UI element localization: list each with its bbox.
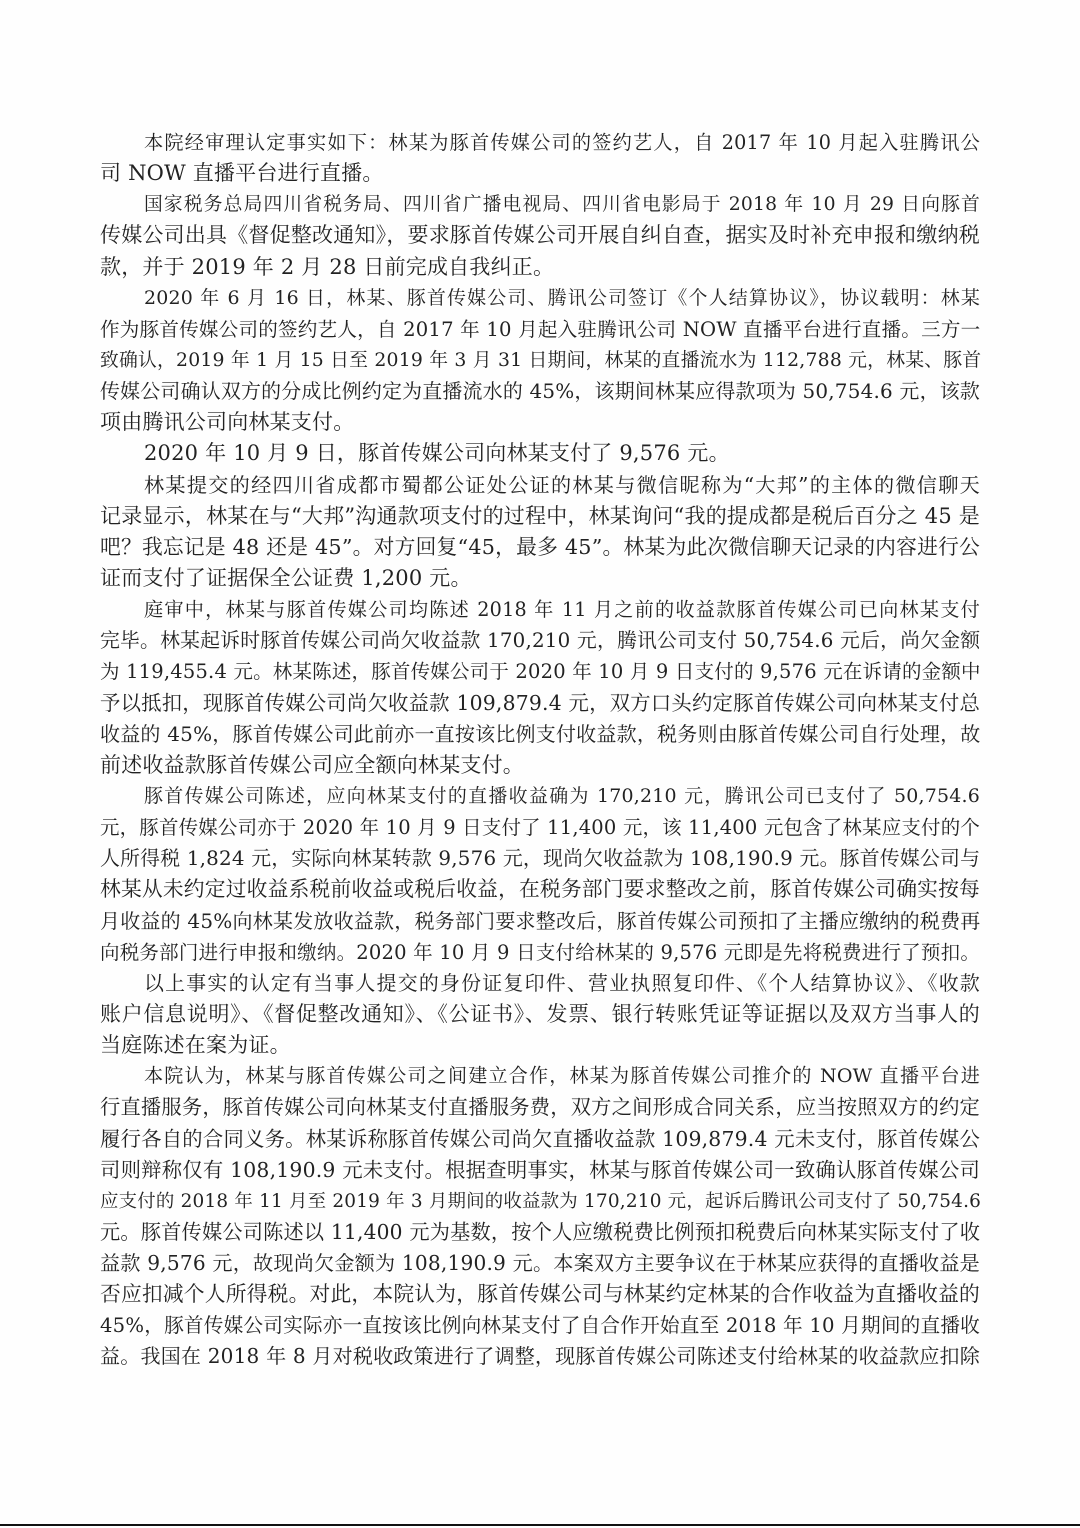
text-line: 司则辩称仅有 108,190.9 元未支付。根据查明事实，林某与豚首传媒公司一致… — [100, 1155, 980, 1186]
paragraph: 本院认为，林某与豚首传媒公司之间建立合作，林某为豚首传媒公司推介的 NOW 直播… — [100, 1061, 980, 1372]
text-line: 元。豚首传媒公司陈述以 11,400 元为基数，按个人应缴税费比例预扣税费后向林… — [100, 1217, 980, 1248]
paragraph: 庭审中，林某与豚首传媒公司均陈述 2018 年 11 月之前的收益款豚首传媒公司… — [100, 594, 980, 781]
paragraph: 2020 年 6 月 16 日，林某、豚首传媒公司、腾讯公司签订《个人结算协议》… — [100, 283, 980, 439]
text-line: 本院认为，林某与豚首传媒公司之间建立合作，林某为豚首传媒公司推介的 NOW 直播… — [100, 1061, 980, 1092]
text-line: 传媒公司出具《督促整改通知》，要求豚首传媒公司开展自纠自查，据实及时补充申报和缴… — [100, 220, 980, 251]
text-line: 2020 年 6 月 16 日，林某、豚首传媒公司、腾讯公司签订《个人结算协议》… — [100, 283, 980, 314]
text-line: 完毕。林某起诉时豚首传媒公司尚欠收益款 170,210 元，腾讯公司支付 50,… — [100, 625, 980, 656]
text-line: 2020 年 10 月 9 日，豚首传媒公司向林某支付了 9,576 元。 — [100, 438, 980, 469]
text-line: 人所得税 1,824 元，实际向林某转款 9,576 元，现尚欠收益款为 108… — [100, 843, 980, 874]
paragraph: 豚首传媒公司陈述，应向林某支付的直播收益确为 170,210 元，腾讯公司已支付… — [100, 781, 980, 968]
text-line: 司 NOW 直播平台进行直播。 — [100, 158, 980, 189]
text-line: 月收益的 45%向林某发放收益款，税务部门要求整改后，豚首传媒公司预扣了主播应缴… — [100, 906, 980, 937]
text-line: 林某从未约定过收益系税前收益或税后收益，在税务部门要求整改之前，豚首传媒公司确实… — [100, 874, 980, 905]
page-bottom-edge — [0, 1524, 1080, 1526]
text-line: 前述收益款豚首传媒公司应全额向林某支付。 — [100, 750, 980, 781]
document-page: 本院经审理认定事实如下：林某为豚首传媒公司的签约艺人，自 2017 年 10 月… — [0, 0, 1080, 1526]
paragraph: 本院经审理认定事实如下：林某为豚首传媒公司的签约艺人，自 2017 年 10 月… — [100, 127, 980, 189]
text-line: 履行各自的合同义务。林某诉称豚首传媒公司尚欠直播收益款 109,879.4 元未… — [100, 1124, 980, 1155]
text-line: 益。我国在 2018 年 8 月对税收政策进行了调整，现豚首传媒公司陈述支付给林… — [100, 1341, 980, 1372]
text-line: 国家税务总局四川省税务局、四川省广播电视局、四川省电影局于 2018 年 10 … — [100, 189, 980, 220]
text-line: 林某提交的经四川省成都市蜀都公证处公证的林某与微信昵称为“大邦”的主体的微信聊天 — [100, 470, 980, 501]
paragraph: 以上事实的认定有当事人提交的身份证复印件、营业执照复印件、《个人结算协议》、《收… — [100, 968, 980, 1061]
text-line: 应支付的 2018 年 11 月至 2019 年 3 月期间的收益款为 170,… — [100, 1186, 980, 1217]
text-line: 向税务部门进行申报和缴纳。2020 年 10 月 9 日支付给林某的 9,576… — [100, 937, 980, 968]
text-line: 元，豚首传媒公司亦于 2020 年 10 月 9 日支付了 11,400 元，该… — [100, 812, 980, 843]
text-line: 行直播服务，豚首传媒公司向林某支付直播服务费，双方之间形成合同关系，应当按照双方… — [100, 1092, 980, 1123]
text-line: 记录显示，林某在与“大邦”沟通款项支付的过程中，林某询问“我的提成都是税后百分之… — [100, 501, 980, 532]
text-line: 本院经审理认定事实如下：林某为豚首传媒公司的签约艺人，自 2017 年 10 月… — [100, 127, 980, 158]
text-line: 作为豚首传媒公司的签约艺人，自 2017 年 10 月起入驻腾讯公司 NOW 直… — [100, 314, 980, 345]
text-line: 益款 9,576 元，故现尚欠金额为 108,190.9 元。本案双方主要争议在… — [100, 1248, 980, 1279]
text-line: 收益的 45%，豚首传媒公司此前亦一直按该比例支付收益款，税务则由豚首传媒公司自… — [100, 719, 980, 750]
text-line: 否应扣减个人所得税。对此，本院认为，豚首传媒公司与林某约定林某的合作收益为直播收… — [100, 1279, 980, 1310]
text-line: 致确认，2019 年 1 月 15 日至 2019 年 3 月 31 日期间，林… — [100, 345, 980, 376]
text-line: 传媒公司确认双方的分成比例约定为直播流水的 45%，该期间林某应得款项为 50,… — [100, 376, 980, 407]
text-line: 为 119,455.4 元。林某陈述，豚首传媒公司于 2020 年 10 月 9… — [100, 656, 980, 687]
text-line: 款，并于 2019 年 2 月 28 日前完成自我纠正。 — [100, 252, 980, 283]
text-line: 吧？我忘记是 48 还是 45”。对方回复“45，最多 45”。林某为此次微信聊… — [100, 532, 980, 563]
text-line: 豚首传媒公司陈述，应向林某支付的直播收益确为 170,210 元，腾讯公司已支付… — [100, 781, 980, 812]
document-body: 本院经审理认定事实如下：林某为豚首传媒公司的签约艺人，自 2017 年 10 月… — [100, 127, 980, 1373]
text-line: 以上事实的认定有当事人提交的身份证复印件、营业执照复印件、《个人结算协议》、《收… — [100, 968, 980, 999]
text-line: 项由腾讯公司向林某支付。 — [100, 407, 980, 438]
paragraph: 国家税务总局四川省税务局、四川省广播电视局、四川省电影局于 2018 年 10 … — [100, 189, 980, 282]
paragraph: 林某提交的经四川省成都市蜀都公证处公证的林某与微信昵称为“大邦”的主体的微信聊天… — [100, 470, 980, 595]
text-line: 账户信息说明》、《督促整改通知》、《公证书》、发票、银行转账凭证等证据以及双方当… — [100, 999, 980, 1030]
paragraph: 2020 年 10 月 9 日，豚首传媒公司向林某支付了 9,576 元。 — [100, 438, 980, 469]
text-line: 证而支付了证据保全公证费 1,200 元。 — [100, 563, 980, 594]
text-line: 45%，豚首传媒公司实际亦一直按该比例向林某支付了自合作开始直至 2018 年 … — [100, 1310, 980, 1341]
text-line: 予以抵扣，现豚首传媒公司尚欠收益款 109,879.4 元，双方口头约定豚首传媒… — [100, 688, 980, 719]
text-line: 庭审中，林某与豚首传媒公司均陈述 2018 年 11 月之前的收益款豚首传媒公司… — [100, 594, 980, 625]
text-line: 当庭陈述在案为证。 — [100, 1030, 980, 1061]
